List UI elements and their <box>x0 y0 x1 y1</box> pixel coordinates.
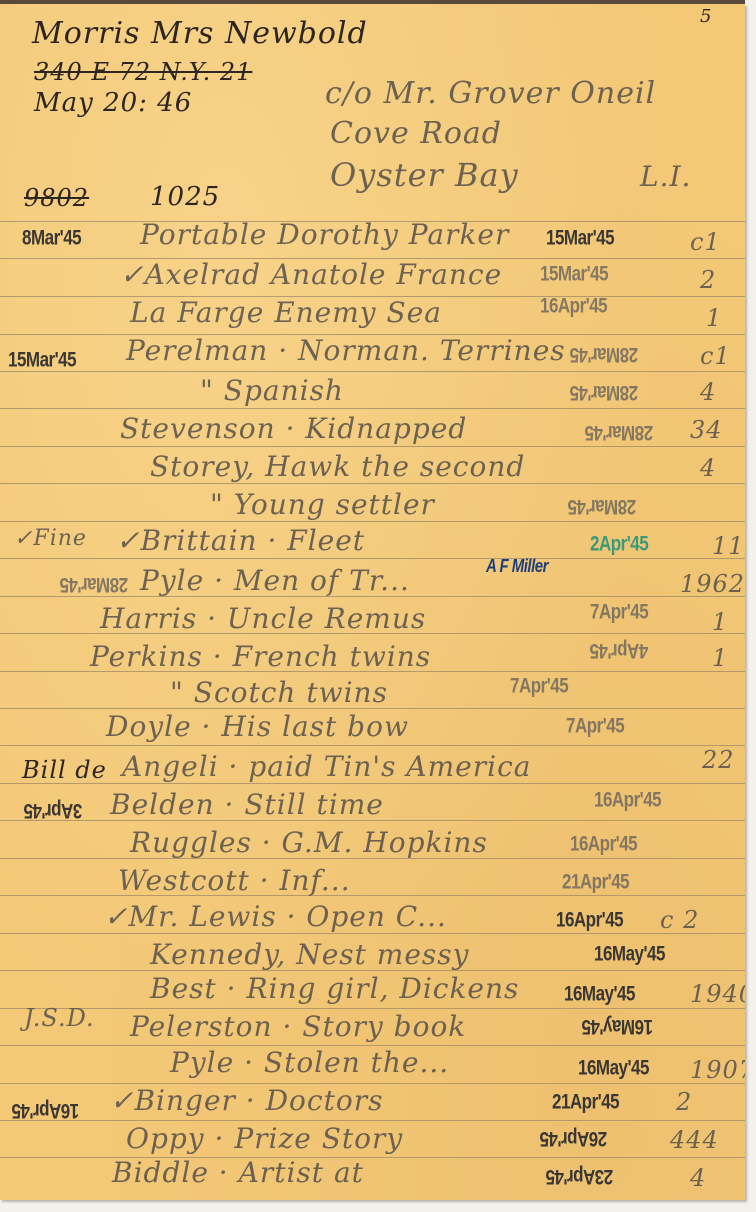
copy-count: 1 <box>706 304 722 332</box>
ruled-line <box>0 446 745 447</box>
date-stamp: 8Mar'45 <box>22 226 81 251</box>
copy-count: 4 <box>700 454 716 482</box>
date-stamp: 16May'45 <box>564 982 635 1007</box>
ruled-line <box>0 745 745 746</box>
region: L.I. <box>640 160 691 193</box>
copy-count: 444 <box>670 1126 719 1154</box>
librarian-stamp: A F Miller <box>486 556 548 577</box>
loan-entry: Westcott · Inf... <box>118 864 351 897</box>
copy-count: 4 <box>700 378 716 406</box>
date-stamp: 21Apr'45 <box>562 870 629 895</box>
copy-count: 1 <box>712 644 728 672</box>
street-address: Cove Road <box>330 116 502 151</box>
date-stamp: 16Apr'45 <box>594 788 661 813</box>
loan-entry: Portable Dorothy Parker <box>140 218 509 251</box>
ruled-line <box>0 521 745 522</box>
date-stamp: 28Mar'45 <box>570 342 638 367</box>
date-stamp: 7Apr'45 <box>510 674 568 699</box>
date-stamp: 28Mar'45 <box>570 380 638 405</box>
old-card-number: 9802 <box>24 184 89 212</box>
date-line: May 20: 46 <box>34 88 192 118</box>
patron-name: Morris Mrs Newbold <box>32 16 368 51</box>
loan-entry: ✓Binger · Doctors <box>110 1084 383 1117</box>
copy-count: 1962 <box>680 570 745 598</box>
loan-entry: Kennedy, Nest messy <box>150 938 469 971</box>
loan-entry: Pyle · Stolen the... <box>170 1046 449 1079</box>
loan-entry: ✓Brittain · Fleet <box>116 524 365 557</box>
copy-count: 34 <box>690 416 723 444</box>
loan-entry: " Young settler <box>210 488 435 521</box>
date-stamp: 16May'45 <box>578 1056 649 1081</box>
loan-entry: Perkins · French twins <box>90 640 431 673</box>
loan-entry: Angeli · paid Tin's America <box>122 750 531 783</box>
date-stamp: 21Apr'45 <box>552 1090 619 1115</box>
loan-entry: " Scotch twins <box>170 676 388 709</box>
ruled-line <box>0 1120 745 1121</box>
date-stamp: 3Apr'45 <box>24 798 82 823</box>
loan-entry: Belden · Still time <box>110 788 384 821</box>
margin-note: J.S.D. <box>24 1004 95 1032</box>
copy-count: 4 <box>690 1164 706 1192</box>
copy-count: c1 <box>700 342 731 370</box>
loan-entry: ✓Axelrad Anatole France <box>120 258 502 291</box>
copy-count: 22 <box>702 746 735 774</box>
library-index-card: 5 Morris Mrs Newbold 340 E 72 N.Y. 21 Ma… <box>0 4 745 1200</box>
date-stamp: 4Apr'45 <box>590 638 648 663</box>
copy-count: 1940 <box>690 980 745 1008</box>
date-stamp: 7Apr'45 <box>566 714 624 739</box>
margin-note: Bill de <box>22 756 107 784</box>
ruled-line <box>0 371 745 372</box>
date-stamp: 16Apr'45 <box>540 294 607 319</box>
date-stamp: 16Apr'45 <box>570 832 637 857</box>
date-stamp: 16Apr'45 <box>556 908 623 933</box>
date-stamp: 28Mar'45 <box>585 420 653 445</box>
ruled-line <box>0 483 745 484</box>
ruled-line <box>0 783 745 784</box>
date-stamp: 16May'45 <box>594 942 665 967</box>
loan-entry: Storey, Hawk the second <box>150 450 525 483</box>
date-stamp: 16Apr'45 <box>12 1098 79 1123</box>
loan-entry: Stevenson · Kidnapped <box>120 412 467 445</box>
date-stamp: 15Mar'45 <box>540 262 608 287</box>
date-stamp: 28Mar'45 <box>60 572 128 597</box>
copy-count: 2 <box>700 266 716 294</box>
ruled-line <box>0 1008 745 1009</box>
loan-entry: ✓Mr. Lewis · Open C... <box>104 900 447 933</box>
date-stamp: 16May'45 <box>582 1014 653 1039</box>
copy-count: c 2 <box>660 906 699 934</box>
loan-entry: Doyle · His last bow <box>106 710 409 743</box>
loan-entry: " Spanish <box>200 374 344 407</box>
loan-entry: Ruggles · G.M. Hopkins <box>130 826 488 859</box>
date-stamp: 7Apr'45 <box>590 600 648 625</box>
date-stamp: 15Mar'45 <box>546 226 614 251</box>
ruled-line <box>0 895 745 896</box>
copy-count: c1 <box>690 228 721 256</box>
date-stamp: 15Mar'45 <box>8 348 76 373</box>
loan-entry: Pyle · Men of Tr... <box>140 564 410 597</box>
town: Oyster Bay <box>330 156 519 194</box>
loan-entry: Best · Ring girl, Dickens <box>150 972 519 1005</box>
date-stamp: 23Apr'45 <box>546 1164 613 1189</box>
margin-note: ✓Fine <box>14 526 87 551</box>
loan-entry: Pelerston · Story book <box>130 1010 466 1043</box>
copy-count: 1 <box>712 608 728 636</box>
loan-entry: La Farge Enemy Sea <box>130 296 442 329</box>
loan-entry: Biddle · Artist at <box>112 1156 364 1189</box>
date-stamp: 28Mar'45 <box>568 494 636 519</box>
card-number: 1025 <box>150 182 220 212</box>
copy-count: 11 <box>712 532 745 560</box>
ruled-line <box>0 933 745 934</box>
ruled-line <box>0 408 745 409</box>
copy-count: 1907 <box>690 1056 745 1084</box>
copy-count: 2 <box>676 1088 692 1116</box>
forwarding-name: c/o Mr. Grover Oneil <box>325 76 656 111</box>
date-stamp: 2Apr'45 <box>590 532 648 557</box>
loan-entry: Harris · Uncle Remus <box>100 602 426 635</box>
loan-entry: Oppy · Prize Story <box>126 1122 403 1155</box>
corner-mark-text: 5 <box>700 6 712 27</box>
date-stamp: 26Apr'45 <box>540 1126 607 1151</box>
old-address-struck: 340 E 72 N.Y. 21 <box>34 58 252 86</box>
loan-entry: Perelman · Norman. Terrines <box>126 334 566 367</box>
ruled-line <box>0 558 745 559</box>
